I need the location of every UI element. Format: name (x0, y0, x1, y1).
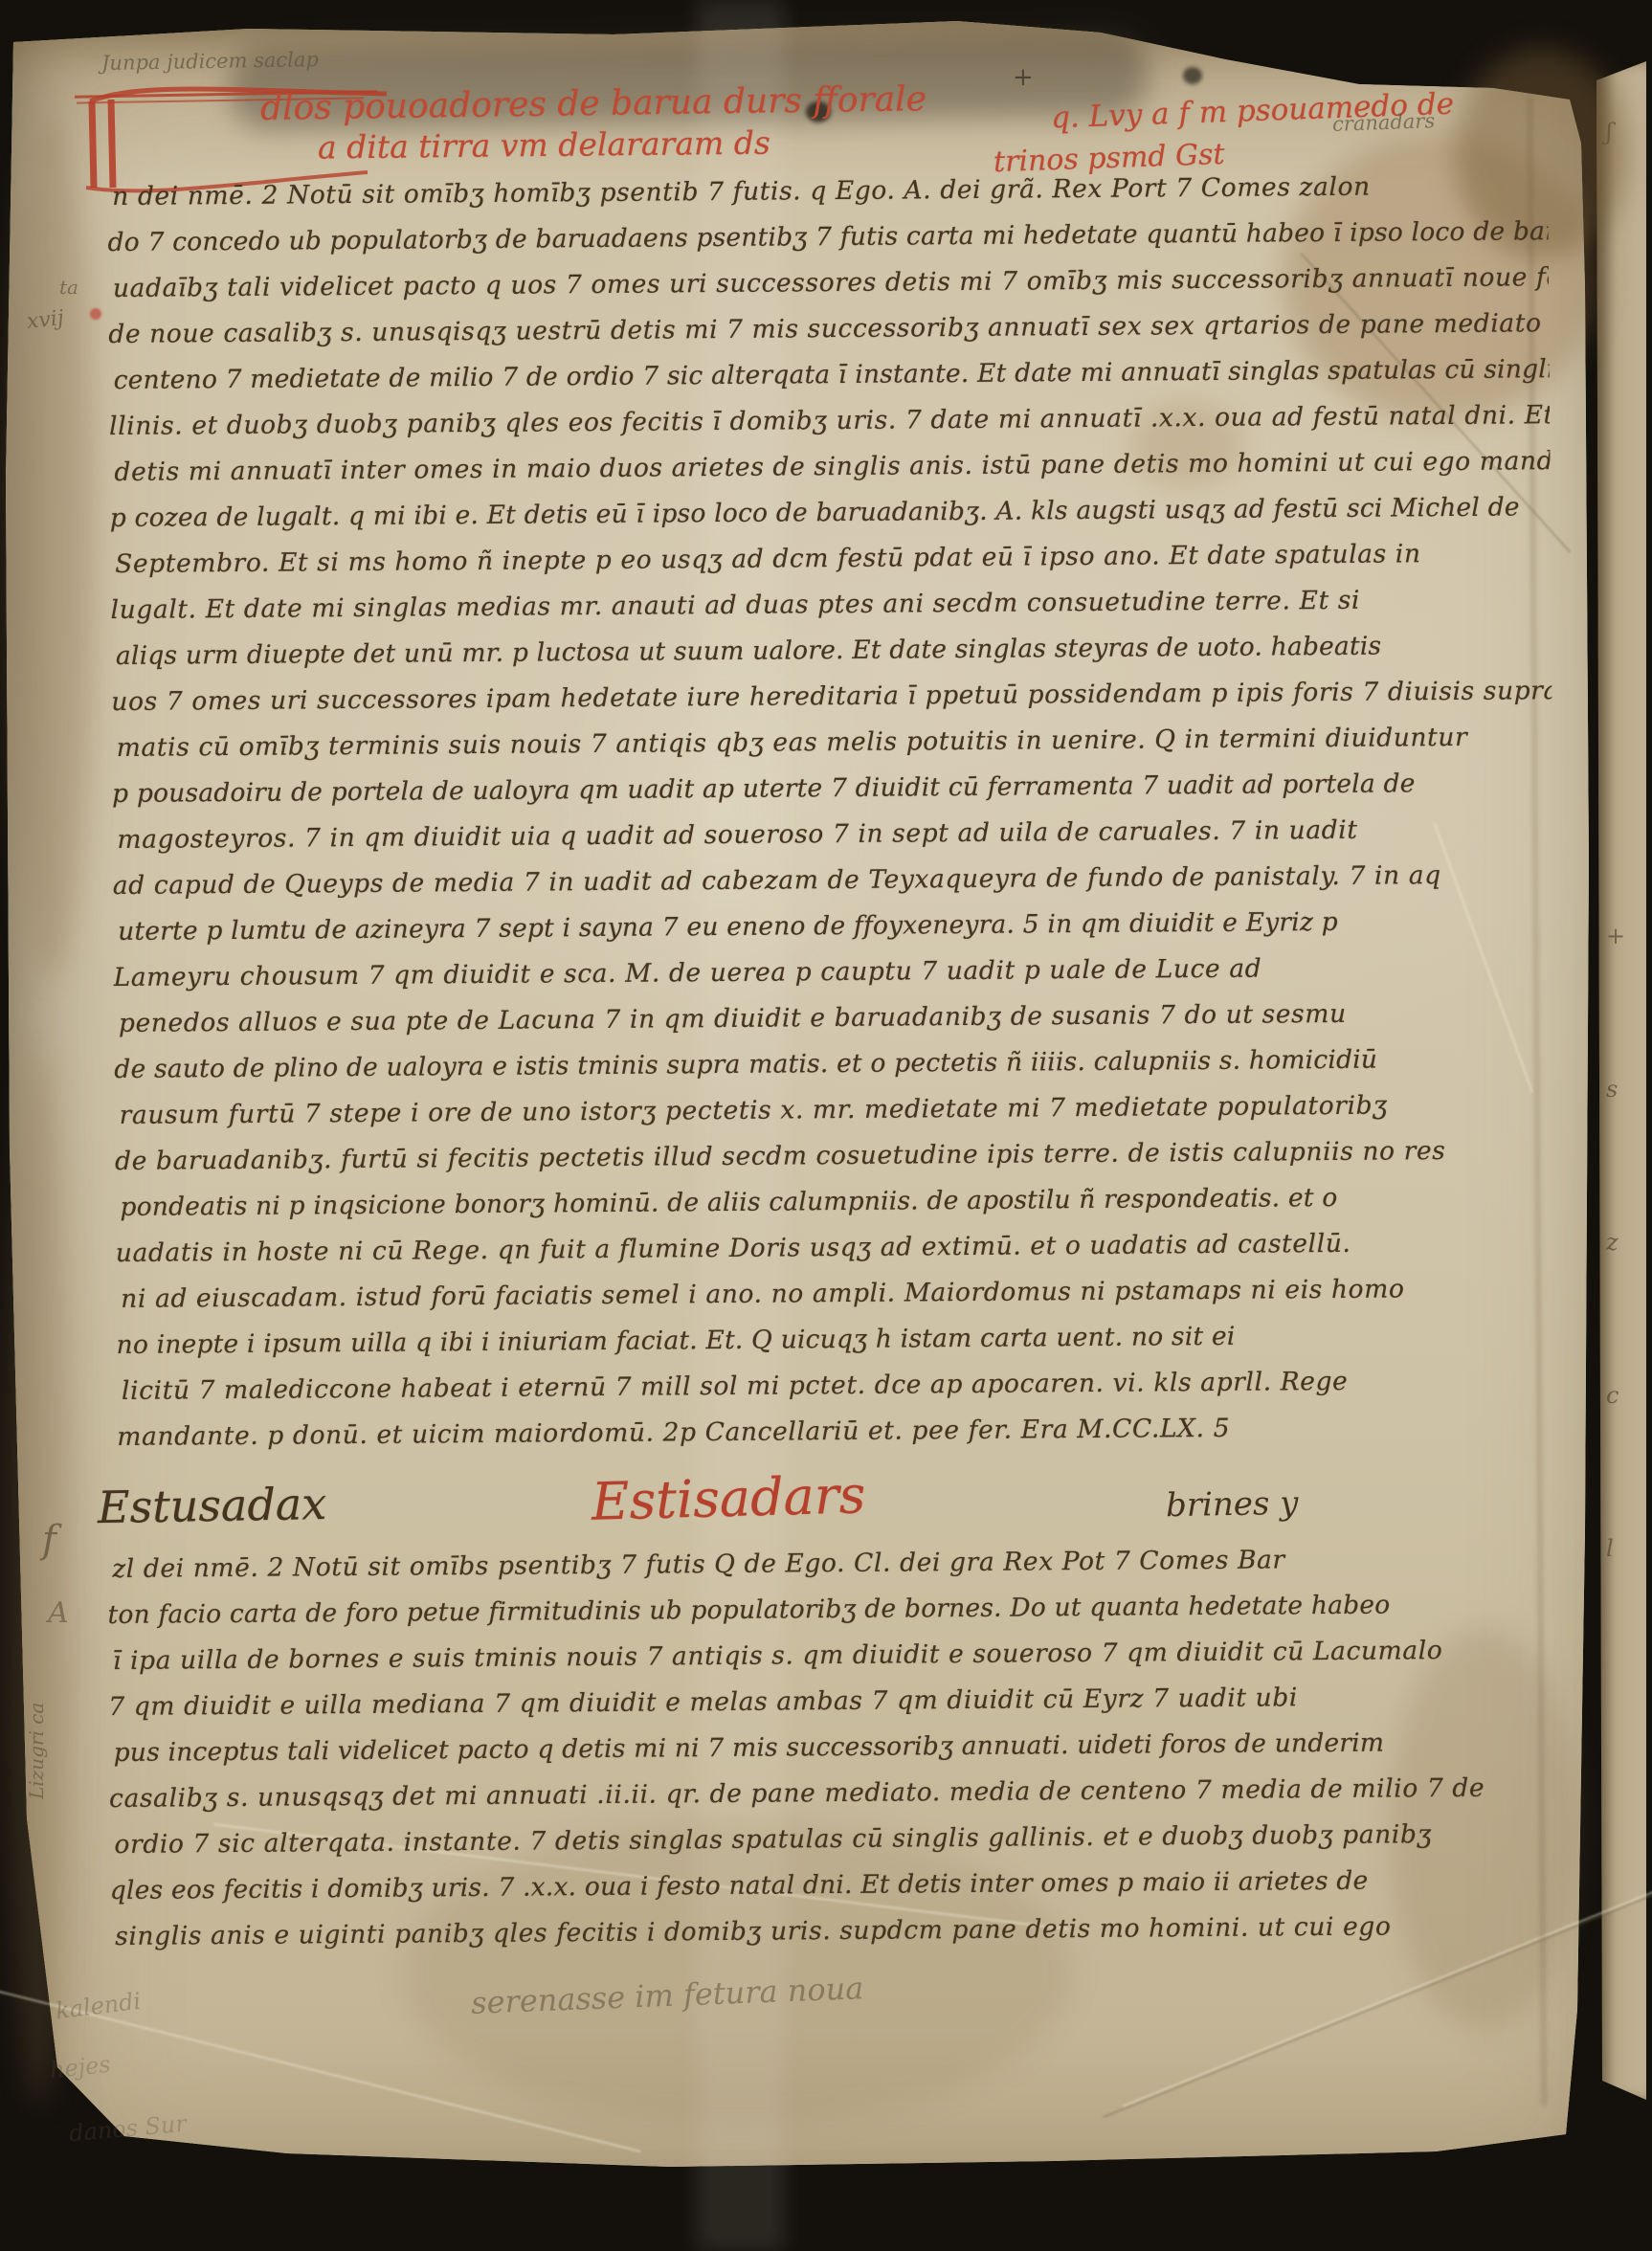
plus-mark: + (1013, 63, 1034, 92)
rubric-line-2: a dita tirra vm delararam ds (318, 124, 770, 167)
adjacent-folio-edge: ʃ + s z c l (1596, 61, 1646, 2100)
margin-note-left-vertical: Lizugri ca (25, 1627, 48, 1799)
folio-edge-glyph: + (1606, 923, 1625, 949)
margin-note-left-mid: A (48, 1596, 69, 1630)
margin-note-left-mid: f (42, 1518, 56, 1562)
folio-edge-glyph: s (1606, 1076, 1618, 1103)
manuscript-photo: ʃ + s z c l Junpa judicem saclap (0, 0, 1652, 2251)
folio-edge-glyph: ʃ (1606, 119, 1613, 145)
folio-edge-glyph: l (1606, 1535, 1614, 1562)
margin-note-left-top: ta (59, 276, 78, 299)
heading-dark: Estusadax (98, 1478, 327, 1533)
margin-note-left-top: xvij (26, 306, 65, 334)
faint-note-right: cranadars (1332, 109, 1436, 136)
charter2-text-block: zl dei nmē. 2 Notū sit omībs psentibʒ 7 … (107, 1535, 1551, 1960)
heading-red: Estisadars (591, 1464, 866, 1531)
top-inscription: Junpa judicem saclap (101, 48, 319, 75)
charter1-text-block: n dei nmē. 2 Notū sit omībʒ homībʒ psent… (107, 163, 1558, 1460)
margin-note-bottom-left: danos Sur (68, 2110, 188, 2148)
folio-edge-glyph: z (1606, 1229, 1619, 1256)
folio-edge-glyph: c (1606, 1382, 1619, 1409)
heading-tail: brines y (1166, 1484, 1299, 1525)
